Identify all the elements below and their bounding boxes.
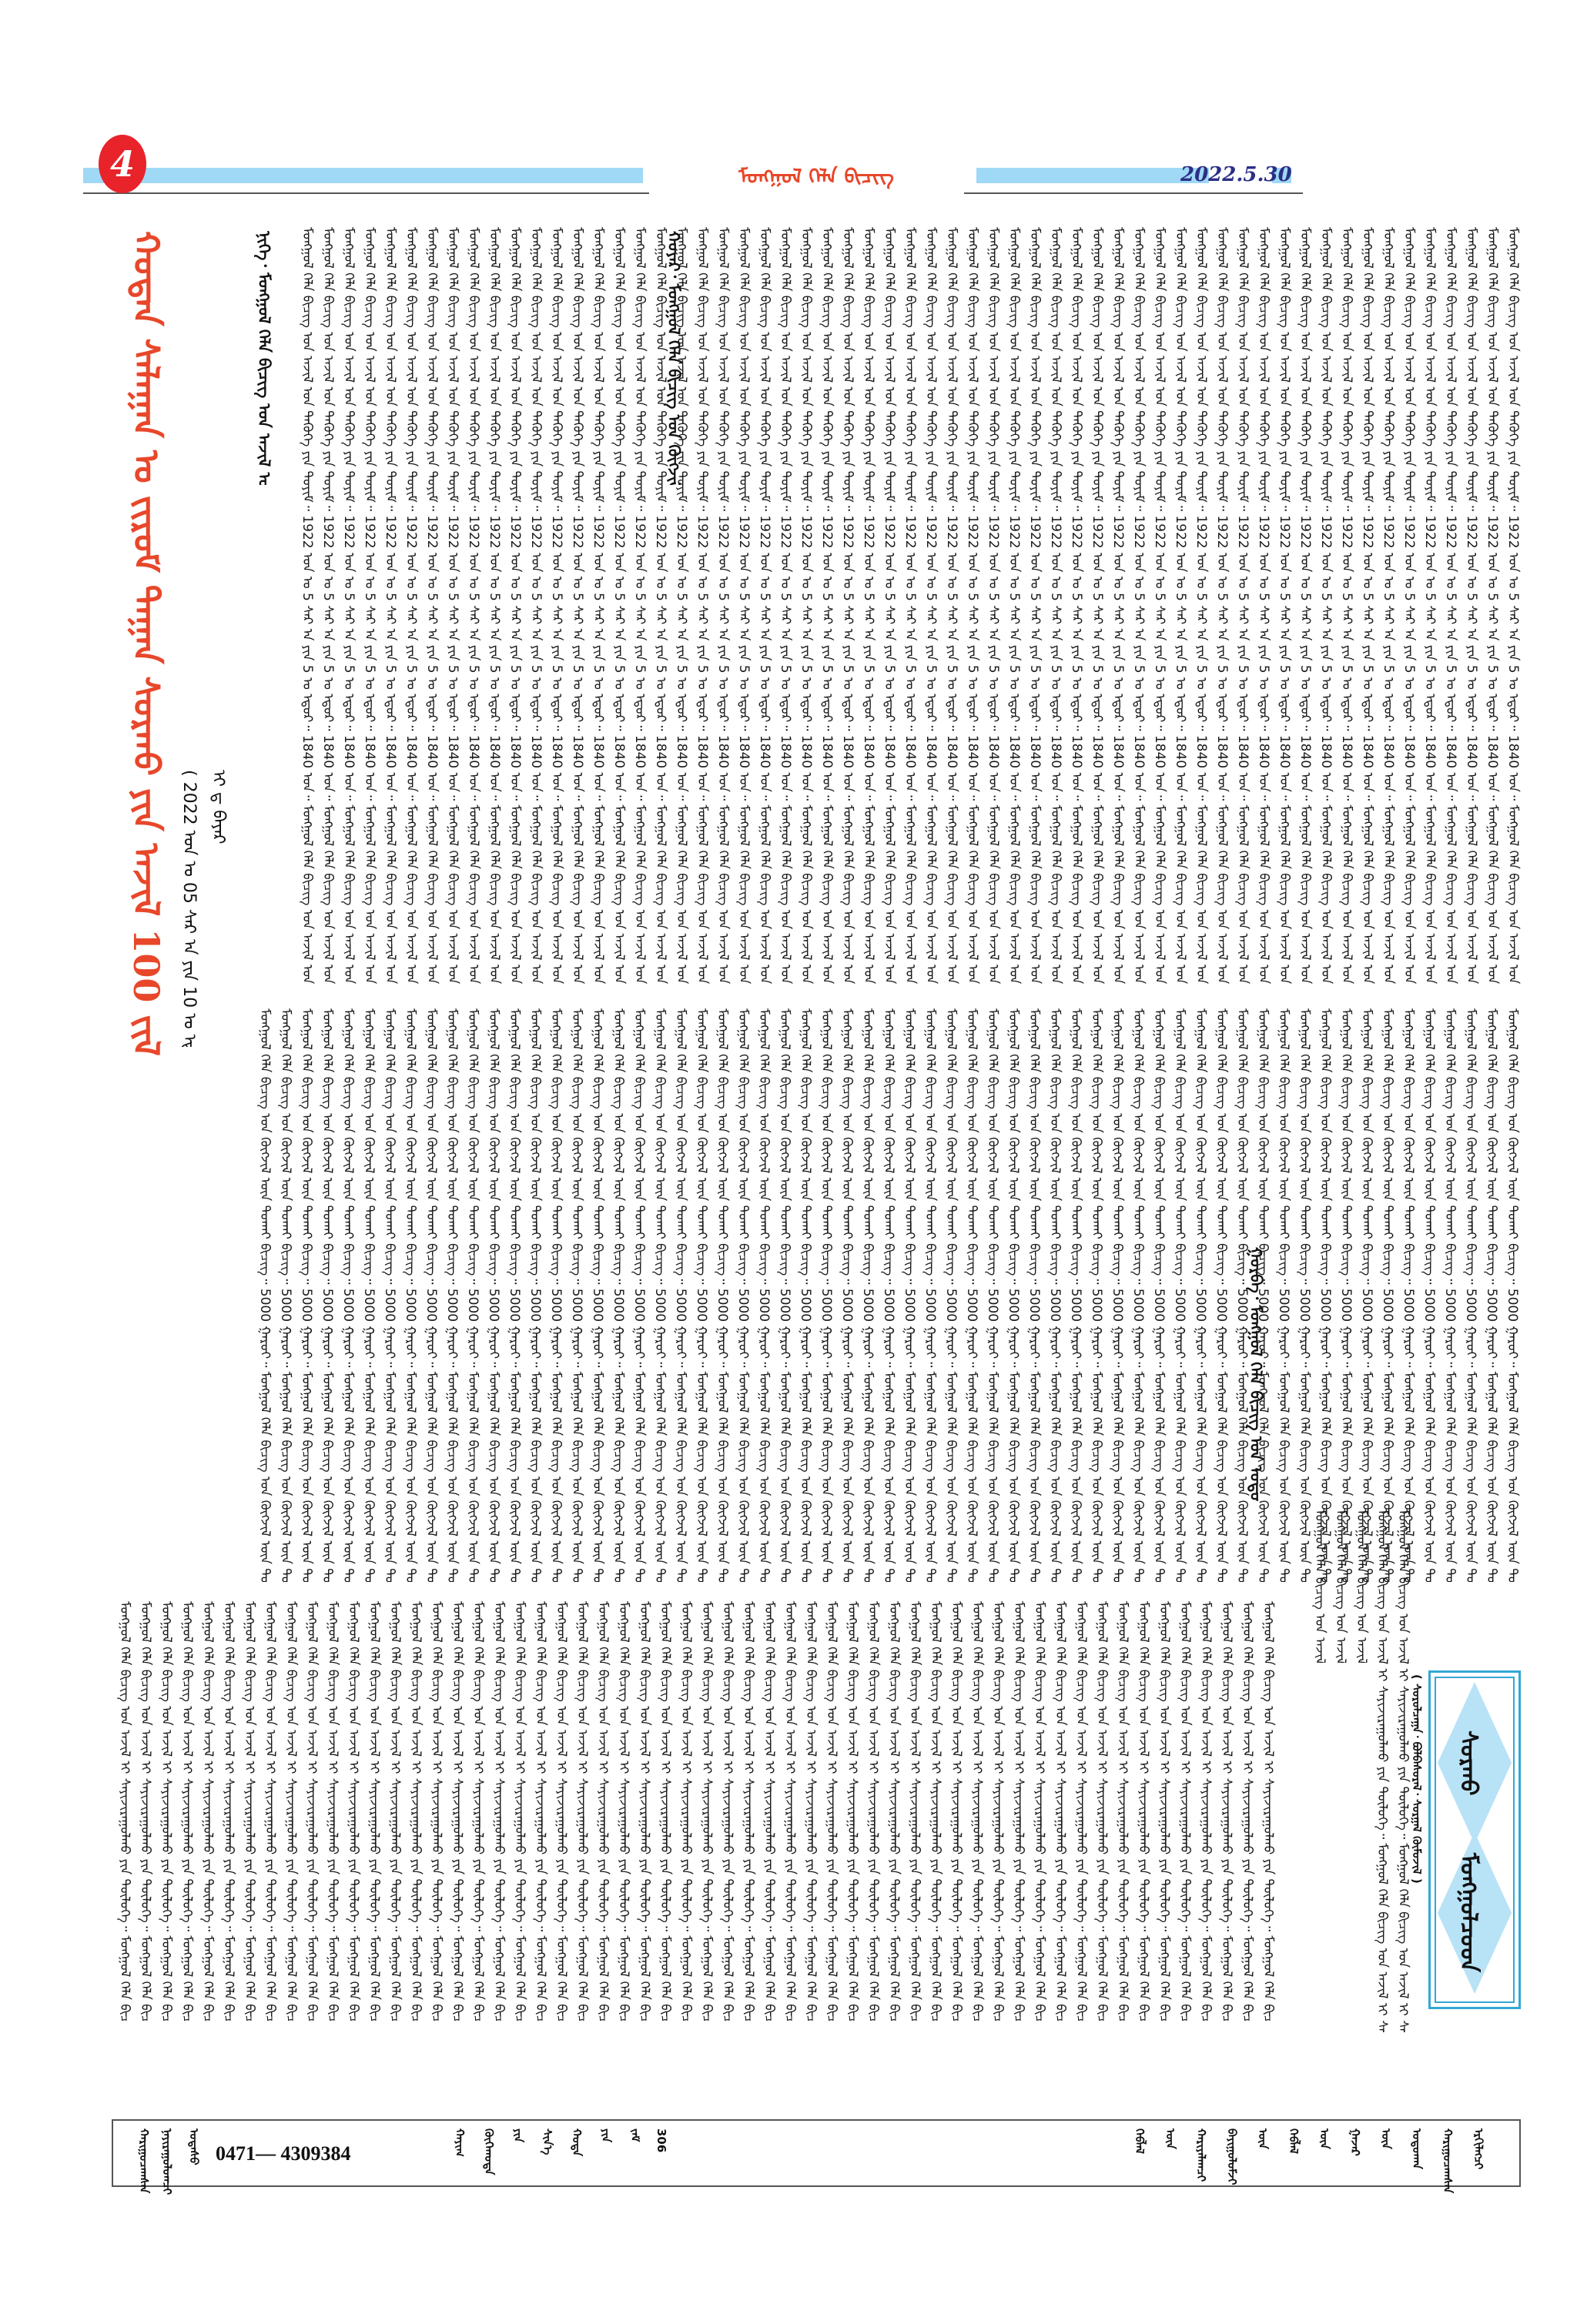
text-line: ᠮᠣᠩᠭᠣᠯ ᠬᠡᠯᠡ ᠪᠢᠴᠢᠭ ᠤᠨ ᠬᠥᠭᠵᠢᠯ ᠦᠨ ᠲᠤᠬᠠᠢ ᠪᠢᠴ… [961,1008,982,1582]
text-line: ᠮᠣᠩᠭᠣᠯ ᠬᠡᠯᠡ ᠪᠢᠴᠢᠭ ᠤᠨ ᠠᠵᠢᠯ ᠤᠨ ᠲᠡᠭᠦᠬᠡ ᠶᠢᠨ … [546,227,567,985]
text-line: ᠮᠣᠩᠭᠣᠯ ᠬᠡᠯᠡ ᠪᠢᠴᠢᠭ ᠤᠨ ᠠᠵᠢᠯ ᠤᠨ ᠲᠡᠭᠦᠬᠡ ᠶᠢᠨ … [1170,227,1190,985]
text-line: ᠮᠣᠩᠭᠣᠯ ᠬᠡᠯᠡ ᠪᠢᠴᠢᠭ ᠤᠨ ᠠᠵᠢᠯ ᠤᠨ ᠲᠡᠭᠦᠬᠡ ᠶᠢᠨ … [1482,227,1502,985]
footer-publisher-word: ᠣᠳᠣᠬᠠᠨ [1407,2128,1427,2182]
text-line: ᠮᠣᠩᠭᠣᠯ ᠬᠡᠯᠡ ᠪᠢᠴᠢᠭ ᠤᠨ ᠠᠵᠢᠯ ᠢ ᠰᠠᠶᠢᠵᠢᠷᠠᠭᠤᠯᠬ… [176,1601,197,2021]
text-line: ᠮᠣᠩᠭᠣᠯ ᠬᠡᠯᠡ ᠪᠢᠴᠢᠭ ᠤᠨ ᠬᠥᠭᠵᠢᠯ ᠦᠨ ᠲᠤᠬᠠᠢ ᠪᠢᠴ… [1356,1008,1377,1582]
header-bar-left [83,168,643,183]
text-line: ᠮᠣᠩᠭᠣᠯ ᠬᠡᠯᠡ ᠪᠢᠴᠢᠭ ᠤᠨ ᠠᠵᠢᠯ ᠢ ᠰᠠᠶᠢᠵᠢᠷᠠᠭᠤᠯᠬ… [1112,1601,1133,2021]
diamond-bottom-icon: ᠮᠣᠩᠭᠣᠯᠴᠤᠳ [1438,1832,1512,1994]
text-line: ᠮᠣᠩᠭᠣᠯ ᠬᠡᠯᠡ ᠪᠢᠴᠢᠭ ᠤᠨ ᠬᠥᠭᠵᠢᠯ ᠦᠨ ᠲᠤᠬᠠᠢ ᠪᠢᠴ… [628,1008,649,1582]
text-line: ᠮᠣᠩᠭᠣᠯ ᠬᠡᠯᠡ ᠪᠢᠴᠢᠭ ᠤᠨ ᠬᠥᠭᠵᠢᠯ ᠦᠨ ᠲᠤᠬᠠᠢ ᠪᠢᠴ… [504,1008,524,1582]
footer-publisher-word: ᠦᠨ [1314,2128,1334,2182]
text-line: ᠮᠣᠩᠭᠣᠯ ᠬᠡᠯᠡ ᠪᠢᠴᠢᠭ ᠤᠨ ᠠᠵᠢᠯ ᠤᠨ ᠲᠡᠭᠦᠬᠡ ᠶᠢᠨ … [525,227,546,985]
text-line: ᠮᠣᠩᠭᠣᠯ ᠬᠡᠯᠡ ᠪᠢᠴᠢᠭ ᠤᠨ ᠬᠥᠭᠵᠢᠯ ᠦᠨ ᠲᠤᠬᠠᠢ ᠪᠢᠴ… [1502,1008,1522,1582]
header-rule-right [964,192,1303,194]
footer-imprint-box: ᠬᠠᠷᠢᠭᠤᠴᠠᠭᠰᠠᠨ ᠨᠠᠶᠢᠷᠠᠭᠤᠯᠤᠭᠴᠢ ᠤᠲᠠᠰᠤ 0471— 4… [112,2119,1521,2187]
text-line: ᠮᠣᠩᠭᠣᠯ ᠬᠡᠯᠡ ᠪᠢᠴᠢᠭ ᠤᠨ ᠠᠵᠢᠯ ᠤᠨ ᠲᠡᠭᠦᠬᠡ ᠶᠢᠨ … [317,227,338,985]
text-line: ᠮᠣᠩᠭᠣᠯ ᠬᠡᠯᠡ ᠪᠢᠴᠢᠭ ᠤᠨ ᠠᠵᠢᠯ ᠤᠨ ᠲᠡᠭᠦᠬᠡ ᠶᠢᠨ … [1274,227,1294,985]
text-line: ᠮᠣᠩᠭᠣᠯ ᠬᠡᠯᠡ ᠪᠢᠴᠢᠭ ᠤᠨ ᠬᠥᠭᠵᠢᠯ ᠦᠨ ᠲᠤᠬᠠᠢ ᠪᠢᠴ… [1335,1008,1356,1582]
text-line: ᠮᠣᠩᠭᠣᠯ ᠬᠡᠯᠡ ᠪᠢᠴᠢᠭ ᠤᠨ ᠠᠵᠢᠯ ᠢ ᠰᠠᠶᠢᠵᠢᠷᠠᠭᠤᠯᠬ… [1133,1601,1153,2021]
footer-address-word: ᠰᠢᠨ᠎ᠡ [537,2128,557,2182]
text-line: ᠮᠣᠩᠭᠣᠯ ᠬᠡᠯᠡ ᠪᠢᠴᠢᠭ ᠤᠨ ᠠᠵᠢᠯ ᠤᠨ ᠲᠡᠭᠦᠬᠡ ᠶᠢᠨ … [588,227,608,985]
text-line: ᠮᠣᠩᠭᠣᠯ ᠬᠡᠯᠡ ᠪᠢᠴᠢᠭ ᠤᠨ ᠬᠥᠭᠵᠢᠯ ᠦᠨ ᠲᠤᠬᠠᠢ ᠪᠢᠴ… [899,1008,919,1582]
text-line: ᠮᠣᠩᠭᠣᠯ ᠬᠡᠯᠡ ᠪᠢᠴᠢᠭ ᠤᠨ ᠬᠥᠭᠵᠢᠯ ᠦᠨ ᠲᠤᠬᠠᠢ ᠪᠢᠴ… [774,1008,795,1582]
text-line: ᠮᠣᠩᠭᠣᠯ ᠬᠡᠯᠡ ᠪᠢᠴᠢᠭ ᠤᠨ ᠬᠥᠭᠵᠢᠯ ᠦᠨ ᠲᠤᠬᠠᠢ ᠪᠢᠴ… [337,1008,358,1582]
article-body-top: ᠮᠣᠩᠭᠣᠯ ᠬᠡᠯᠡ ᠪᠢᠴᠢᠭ ᠤᠨ ᠠᠵᠢᠯ ᠤᠨ ᠲᠡᠭᠦᠬᠡ ᠶᠢᠨ … [296,227,1532,985]
newspaper-masthead: ᠮᠣᠩᠭᠣᠯ ᠬᠡᠯᠡ ᠪᠢᠴᠢᠭ [678,154,955,200]
footer-address: ᠬᠥᠬᠡᠬᠣᠲᠠᠶᠢᠨᠰᠢᠨ᠎ᠡᠬᠣᠲᠠᠶᠢᠨᠵᠠᠮ306 [479,2128,668,2182]
text-line: ᠮᠣᠩᠭᠣᠯ ᠬᠡᠯᠡ ᠪᠢᠴᠢᠭ ᠤᠨ ᠠᠵᠢᠯ ᠢ ᠰᠠᠶᠢᠵᠢᠷᠠᠭᠤᠯᠬ… [1216,1601,1237,2021]
header-rule-left [83,192,649,194]
footer-publisher-word: ᠪᠠᠶᠢᠭᠤᠯᠤᠮᠵᠢ [1222,2128,1242,2182]
text-line: ᠮᠣᠩᠭᠣᠯ ᠬᠡᠯᠡ ᠪᠢᠴᠢᠭ ᠤᠨ ᠠᠵᠢᠯ ᠤᠨ ᠲᠡᠭᠦᠬᠡ ᠶᠢᠨ … [754,227,775,985]
text-line: ᠮᠣᠩᠭᠣᠯ ᠬᠡᠯᠡ ᠪᠢᠴᠢᠭ ᠤᠨ ᠠᠵᠢᠯ ᠤᠨ ᠲᠡᠭᠦᠬᠡ ᠶᠢᠨ … [442,227,463,985]
text-line: ᠮᠣᠩᠭᠣᠯ ᠬᠡᠯᠡ ᠪᠢᠴᠢᠭ ᠤᠨ ᠬᠥᠭᠵᠢᠯ ᠦᠨ ᠲᠤᠬᠠᠢ ᠪᠢᠴ… [1044,1008,1065,1582]
sidebar-body-text: ᠮᠣᠩᠭᠣᠯ ᠬᠡᠯᠡ ᠪᠢᠴᠢᠭ ᠤᠨ ᠠᠵᠢᠯ ᠢ ᠰᠠᠶᠢᠵᠢᠷᠠᠭᠤᠯᠬ… [1309,1509,1417,2032]
footer-phone-number: 0471— 4309384 [216,2142,351,2165]
text-line: ᠮᠣᠩᠭᠣᠯ ᠬᠡᠯᠡ ᠪᠢᠴᠢᠭ ᠤᠨ ᠬᠥᠭᠵᠢᠯ ᠦᠨ ᠲᠤᠬᠠᠢ ᠪᠢᠴ… [379,1008,400,1582]
footer-publisher-word: ᠦᠨ [1376,2128,1396,2182]
text-line: ᠮᠣᠩᠭᠣᠯ ᠬᠡᠯᠡ ᠪᠢᠴᠢᠭ ᠤᠨ ᠠᠵᠢᠯ ᠤᠨ ᠲᠡᠭᠦᠬᠡ ᠶᠢᠨ … [858,227,879,985]
footer-address-word: ᠵᠠᠮ [625,2128,645,2182]
text-line: ᠮᠣᠩᠭᠣᠯ ᠬᠡᠯᠡ ᠪᠢᠴᠢᠭ ᠤᠨ ᠬᠥᠭᠵᠢᠯ ᠦᠨ ᠲᠤᠬᠠᠢ ᠪᠢᠴ… [878,1008,899,1582]
footer-address-word: ᠶᠢᠨ [508,2128,528,2182]
text-line: ᠮᠣᠩᠭᠣᠯ ᠬᠡᠯᠡ ᠪᠢᠴᠢᠭ ᠤᠨ ᠬᠥᠭᠵᠢᠯ ᠦᠨ ᠲᠤᠬᠠᠢ ᠪᠢᠴ… [1314,1008,1335,1582]
text-line: ᠮᠣᠩᠭᠣᠯ ᠬᠡᠯᠡ ᠪᠢᠴᠢᠭ ᠤᠨ ᠬᠥᠭᠵᠢᠯ ᠦᠨ ᠲᠤᠬᠠᠢ ᠪᠢᠴ… [919,1008,940,1582]
text-line: ᠮᠣᠩᠭᠣᠯ ᠬᠡᠯᠡ ᠪᠢᠴᠢᠭ ᠤᠨ ᠠᠵᠢᠯ ᠢ ᠰᠠᠶᠢᠵᠢᠷᠠᠭᠤᠯᠬ… [301,1601,322,2021]
sidebar-text-line: ᠮᠣᠩᠭᠣᠯ ᠬᠡᠯᠡ ᠪᠢᠴᠢᠭ ᠤᠨ ᠠᠵᠢᠯ ᠢ ᠰᠠᠶᠢᠵᠢᠷᠠᠭᠤᠯᠬ… [1371,1509,1392,2032]
text-line: ᠮᠣᠩᠭᠣᠯ ᠬᠡᠯᠡ ᠪᠢᠴᠢᠭ ᠤᠨ ᠠᠵᠢᠯ ᠢ ᠰᠠᠶᠢᠵᠢᠷᠠᠭᠤᠯᠬ… [405,1601,426,2021]
text-line: ᠮᠣᠩᠭᠣᠯ ᠬᠡᠯᠡ ᠪᠢᠴᠢᠭ ᠤᠨ ᠠᠵᠢᠯ ᠤᠨ ᠲᠡᠭᠦᠬᠡ ᠶᠢᠨ … [1211,227,1232,985]
text-line: ᠮᠣᠩᠭᠣᠯ ᠬᠡᠯᠡ ᠪᠢᠴᠢᠭ ᠤᠨ ᠬᠥᠭᠵᠢᠯ ᠦᠨ ᠲᠤᠬᠠᠢ ᠪᠢᠴ… [1127,1008,1148,1582]
text-line: ᠮᠣᠩᠭᠣᠯ ᠬᠡᠯᠡ ᠪᠢᠴᠢᠭ ᠤᠨ ᠠᠵᠢᠯ ᠤᠨ ᠲᠡᠭᠦᠬᠡ ᠶᠢᠨ … [1398,227,1419,985]
text-line: ᠮᠣᠩᠭᠣᠯ ᠬᠡᠯᠡ ᠪᠢᠴᠢᠭ ᠤᠨ ᠠᠵᠢᠯ ᠤᠨ ᠲᠡᠭᠦᠬᠡ ᠶᠢᠨ … [1045,227,1066,985]
text-line: ᠮᠣᠩᠭᠣᠯ ᠬᠡᠯᠡ ᠪᠢᠴᠢᠭ ᠤᠨ ᠬᠥᠭᠵᠢᠯ ᠦᠨ ᠲᠤᠬᠠᠢ ᠪᠢᠴ… [1107,1008,1127,1582]
footer-publisher-word: ᠡᠷᠬᠢᠯᠡᠭᠴᠢ [1468,2128,1488,2182]
article-author: ᠢ ᠳ ᠪᠠᠶᠠᠷ [208,770,236,955]
text-line: ᠮᠣᠩᠭᠣᠯ ᠬᠡᠯᠡ ᠪᠢᠴᠢᠭ ᠤᠨ ᠬᠥᠭᠵᠢᠯ ᠦᠨ ᠲᠤᠬᠠᠢ ᠪᠢᠴ… [275,1008,296,1582]
text-line: ᠮᠣᠩᠭᠣᠯ ᠬᠡᠯᠡ ᠪᠢᠴᠢᠭ ᠤᠨ ᠬᠥᠭᠵᠢᠯ ᠦᠨ ᠲᠤᠬᠠᠢ ᠪᠢᠴ… [670,1008,691,1582]
sidebar-emblem-inner: ᠰᠤᠷᠬᠤ ᠮᠣᠩᠭᠣᠯᠴᠤᠳ [1435,1677,1515,2003]
text-line: ᠮᠣᠩᠭᠣᠯ ᠬᠡᠯᠡ ᠪᠢᠴᠢᠭ ᠤᠨ ᠠᠵᠢᠯ ᠤᠨ ᠲᠡᠭᠦᠬᠡ ᠶᠢᠨ … [463,227,484,985]
text-line: ᠮᠣᠩᠭᠣᠯ ᠬᠡᠯᠡ ᠪᠢᠴᠢᠭ ᠤᠨ ᠬᠥᠭᠵᠢᠯ ᠦᠨ ᠲᠤᠬᠠᠢ ᠪᠢᠴ… [545,1008,566,1582]
text-line: ᠮᠣᠩᠭᠣᠯ ᠬᠡᠯᠡ ᠪᠢᠴᠢᠭ ᠤᠨ ᠠᠵᠢᠯ ᠤᠨ ᠲᠡᠭᠦᠬᠡ ᠶᠢᠨ … [733,227,754,985]
text-line: ᠮᠣᠩᠭᠣᠯ ᠬᠡᠯᠡ ᠪᠢᠴᠢᠭ ᠤᠨ ᠠᠵᠢᠯ ᠤᠨ ᠲᠡᠭᠦᠬᠡ ᠶᠢᠨ … [1502,227,1523,985]
text-line: ᠮᠣᠩᠭᠣᠯ ᠬᠡᠯᠡ ᠪᠢᠴᠢᠭ ᠤᠨ ᠠᠵᠢᠯ ᠢ ᠰᠠᠶᠢᠵᠢᠷᠠᠭᠤᠯᠬ… [488,1601,509,2021]
text-line: ᠮᠣᠩᠭᠣᠯ ᠬᠡᠯᠡ ᠪᠢᠴᠢᠭ ᠤᠨ ᠠᠵᠢᠯ ᠤᠨ ᠲᠡᠭᠦᠬᠡ ᠶᠢᠨ … [671,227,691,985]
text-line: ᠮᠣᠩᠭᠣᠯ ᠬᠡᠯᠡ ᠪᠢᠴᠢᠭ ᠤᠨ ᠠᠵᠢᠯ ᠢ ᠰᠠᠶᠢᠵᠢᠷᠠᠭᠤᠯᠬ… [509,1601,530,2021]
text-line: ᠮᠣᠩᠭᠣᠯ ᠬᠡᠯᠡ ᠪᠢᠴᠢᠭ ᠤᠨ ᠠᠵᠢᠯ ᠢ ᠰᠠᠶᠢᠵᠢᠷᠠᠭᠤᠯᠬ… [322,1601,343,2021]
text-line: ᠮᠣᠩᠭᠣᠯ ᠬᠡᠯᠡ ᠪᠢᠴᠢᠭ ᠤᠨ ᠠᠵᠢᠯ ᠤᠨ ᠲᠡᠭᠦᠬᠡ ᠶᠢᠨ … [338,227,359,985]
text-line: ᠮᠣᠩᠭᠣᠯ ᠬᠡᠯᠡ ᠪᠢᠴᠢᠭ ᠤᠨ ᠠᠵᠢᠯ ᠤᠨ ᠲᠡᠭᠦᠬᠡ ᠶᠢᠨ … [1024,227,1045,985]
text-line: ᠮᠣᠩᠭᠣᠯ ᠬᠡᠯᠡ ᠪᠢᠴᠢᠭ ᠤᠨ ᠠᠵᠢᠯ ᠢ ᠰᠠᠶᠢᠵᠢᠷᠠᠭᠤᠯᠬ… [1091,1601,1112,2021]
text-line: ᠮᠣᠩᠭᠣᠯ ᠬᠡᠯᠡ ᠪᠢᠴᠢᠭ ᠤᠨ ᠠᠵᠢᠯ ᠢ ᠰᠠᠶᠢᠵᠢᠷᠠᠭᠤᠯᠬ… [946,1601,966,2021]
text-line: ᠮᠣᠩᠭᠣᠯ ᠬᠡᠯᠡ ᠪᠢᠴᠢᠭ ᠤᠨ ᠠᠵᠢᠯ ᠤᠨ ᠲᠡᠭᠦᠬᠡ ᠶᠢᠨ … [816,227,837,985]
footer-publisher-word: ᠬᠡᠪᠯᠡᠯ [1284,2128,1304,2182]
text-line: ᠮᠣᠩᠭᠣᠯ ᠬᠡᠯᠡ ᠪᠢᠴᠢᠭ ᠤᠨ ᠬᠥᠭᠵᠢᠯ ᠦᠨ ᠲᠤᠬᠠᠢ ᠪᠢᠴ… [982,1008,1003,1582]
text-line: ᠮᠣᠩᠭᠣᠯ ᠬᠡᠯᠡ ᠪᠢᠴᠢᠭ ᠤᠨ ᠠᠵᠢᠯ ᠤᠨ ᠲᠡᠭᠦᠬᠡ ᠶᠢᠨ … [983,227,1003,985]
text-line: ᠮᠣᠩᠭᠣᠯ ᠬᠡᠯᠡ ᠪᠢᠴᠢᠭ ᠤᠨ ᠠᠵᠢᠯ ᠢ ᠰᠠᠶᠢᠵᠢᠷᠠᠭᠤᠯᠬ… [197,1601,218,2021]
footer-publisher-word: ᠭᠠᠵᠠᠷ [1345,2128,1365,2182]
text-line: ᠮᠣᠩᠭᠣᠯ ᠬᠡᠯᠡ ᠪᠢᠴᠢᠭ ᠤᠨ ᠠᠵᠢᠯ ᠢ ᠰᠠᠶᠢᠵᠢᠷᠠᠭᠤᠯᠬ… [218,1601,239,2021]
text-line: ᠮᠣᠩᠭᠣᠯ ᠬᠡᠯᠡ ᠪᠢᠴᠢᠭ ᠤᠨ ᠠᠵᠢᠯ ᠤᠨ ᠲᠡᠭᠦᠬᠡ ᠶᠢᠨ … [1336,227,1357,985]
text-line: ᠮᠣᠩᠭᠣᠯ ᠬᠡᠯᠡ ᠪᠢᠴᠢᠭ ᠤᠨ ᠠᠵᠢᠯ ᠢ ᠰᠠᠶᠢᠵᠢᠷᠠᠭᠤᠯᠬ… [114,1601,135,2021]
text-line: ᠮᠣᠩᠭᠣᠯ ᠬᠡᠯᠡ ᠪᠢᠴᠢᠭ ᠤᠨ ᠠᠵᠢᠯ ᠤᠨ ᠲᠡᠭᠦᠬᠡ ᠶᠢᠨ … [650,227,671,985]
text-line: ᠮᠣᠩᠭᠣᠯ ᠬᠡᠯᠡ ᠪᠢᠴᠢᠭ ᠤᠨ ᠬᠥᠭᠵᠢᠯ ᠦᠨ ᠲᠤᠬᠠᠢ ᠪᠢᠴ… [1231,1008,1252,1582]
text-line: ᠮᠣᠩᠭᠣᠯ ᠬᠡᠯᠡ ᠪᠢᠴᠢᠭ ᠤᠨ ᠠᠵᠢᠯ ᠢ ᠰᠠᠶᠢᠵᠢᠷᠠᠭᠤᠯᠬ… [1195,1601,1216,2021]
text-line: ᠮᠣᠩᠭᠣᠯ ᠬᠡᠯᠡ ᠪᠢᠴᠢᠭ ᠤᠨ ᠬᠥᠭᠵᠢᠯ ᠦᠨ ᠲᠤᠬᠠᠢ ᠪᠢᠴ… [1273,1008,1294,1582]
text-line: ᠮᠣᠩᠭᠣᠯ ᠬᠡᠯᠡ ᠪᠢᠴᠢᠭ ᠤᠨ ᠠᠵᠢᠯ ᠢ ᠰᠠᠶᠢᠵᠢᠷᠠᠭᠤᠯᠬ… [966,1601,987,2021]
text-line: ᠮᠣᠩᠭᠣᠯ ᠬᠡᠯᠡ ᠪᠢᠴᠢᠭ ᠤᠨ ᠠᠵᠢᠯ ᠢ ᠰᠠᠶᠢᠵᠢᠷᠠᠭᠤᠯᠬ… [280,1601,301,2021]
diamond-top-label: ᠰᠤᠷᠬᠤ [1438,1682,1512,1844]
text-line: ᠮᠣᠩᠭᠣᠯ ᠬᠡᠯᠡ ᠪᠢᠴᠢᠭ ᠤᠨ ᠠᠵᠢᠯ ᠢ ᠰᠠᠶᠢᠵᠢᠷᠠᠭᠤᠯᠬ… [1050,1601,1070,2021]
text-line: ᠮᠣᠩᠭᠣᠯ ᠬᠡᠯᠡ ᠪᠢᠴᠢᠭ ᠤᠨ ᠠᠵᠢᠯ ᠢ ᠰᠠᠶᠢᠵᠢᠷᠠᠭᠤᠯᠬ… [135,1601,156,2021]
text-line: ᠮᠣᠩᠭᠣᠯ ᠬᠡᠯᠡ ᠪᠢᠴᠢᠭ ᠤᠨ ᠠᠵᠢᠯ ᠢ ᠰᠠᠶᠢᠵᠢᠷᠠᠭᠤᠯᠬ… [675,1601,696,2021]
text-line: ᠮᠣᠩᠭᠣᠯ ᠬᠡᠯᠡ ᠪᠢᠴᠢᠭ ᠤᠨ ᠬᠥᠭᠵᠢᠯ ᠦᠨ ᠲᠤᠬᠠᠢ ᠪᠢᠴ… [1169,1008,1190,1582]
text-line: ᠮᠣᠩᠭᠣᠯ ᠬᠡᠯᠡ ᠪᠢᠴᠢᠭ ᠤᠨ ᠠᠵᠢᠯ ᠤᠨ ᠲᠡᠭᠦᠬᠡ ᠶᠢᠨ … [1315,227,1336,985]
text-line: ᠮᠣᠩᠭᠣᠯ ᠬᠡᠯᠡ ᠪᠢᠴᠢᠭ ᠤᠨ ᠠᠵᠢᠯ ᠤᠨ ᠲᠡᠭᠦᠬᠡ ᠶᠢᠨ … [400,227,421,985]
text-line: ᠮᠣᠩᠭᠣᠯ ᠬᠡᠯᠡ ᠪᠢᠴᠢᠭ ᠤᠨ ᠠᠵᠢᠯ ᠢ ᠰᠠᠶᠢᠵᠢᠷᠠᠭᠤᠯᠬ… [613,1601,634,2021]
article-title: ᠬᠣᠲᠠᠨ ᠰᠠᠯᠠᠭᠠᠨ ᠤ ᠵᠢᠷᠤᠮ ᠳᠠᠭᠠᠨ ᠰᠤᠷᠬᠤ ᠶᠢᠨ ᠠᠵ… [123,231,177,1586]
text-line: ᠮᠣᠩᠭᠣᠯ ᠬᠡᠯᠡ ᠪᠢᠴᠢᠭ ᠤᠨ ᠬᠥᠭᠵᠢᠯ ᠦᠨ ᠲᠤᠬᠠᠢ ᠪᠢᠴ… [1418,1008,1439,1582]
diamond-top-icon: ᠰᠤᠷᠬᠤ [1438,1682,1512,1844]
text-line: ᠮᠣᠩᠭᠣᠯ ᠬᠡᠯᠡ ᠪᠢᠴᠢᠭ ᠤᠨ ᠠᠵᠢᠯ ᠢ ᠰᠠᠶᠢᠵᠢᠷᠠᠭᠤᠯᠬ… [239,1601,259,2021]
text-line: ᠮᠣᠩᠭᠣᠯ ᠬᠡᠯᠡ ᠪᠢᠴᠢᠭ ᠤᠨ ᠬᠥᠭᠵᠢᠯ ᠦᠨ ᠲᠤᠬᠠᠢ ᠪᠢᠴ… [316,1008,337,1582]
text-line: ᠮᠣᠩᠭᠣᠯ ᠬᠡᠯᠡ ᠪᠢᠴᠢᠭ ᠤᠨ ᠬᠥᠭᠵᠢᠯ ᠦᠨ ᠲᠤᠬᠠᠢ ᠪᠢᠴ… [358,1008,379,1582]
footer-publisher-info: ᠬᠡᠪᠯᠡᠯᠦᠨᠬᠠᠷᠢᠶᠠᠯᠠᠭᠴᠢᠪᠠᠶᠢᠭᠤᠯᠤᠮᠵᠢᠦᠨᠬᠡᠪᠯᠡᠯᠦᠨ… [1130,2128,1488,2182]
text-line: ᠮᠣᠩᠭᠣᠯ ᠬᠡᠯᠡ ᠪᠢᠴᠢᠭ ᠤᠨ ᠠᠵᠢᠯ ᠤᠨ ᠲᠡᠭᠦᠬᠡ ᠶᠢᠨ … [795,227,816,985]
text-line: ᠮᠣᠩᠭᠣᠯ ᠬᠡᠯᠡ ᠪᠢᠴᠢᠭ ᠤᠨ ᠬᠥᠭᠵᠢᠯ ᠦᠨ ᠲᠤᠬᠠᠢ ᠪᠢᠴ… [1210,1008,1231,1582]
text-line: ᠮᠣᠩᠭᠣᠯ ᠬᠡᠯᠡ ᠪᠢᠴᠢᠭ ᠤᠨ ᠠᠵᠢᠯ ᠤᠨ ᠲᠡᠭᠦᠬᠡ ᠶᠢᠨ … [629,227,650,985]
text-line: ᠮᠣᠩᠭᠣᠯ ᠬᠡᠯᠡ ᠪᠢᠴᠢᠭ ᠤᠨ ᠬᠥᠭᠵᠢᠯ ᠦᠨ ᠲᠤᠬᠠᠢ ᠪᠢᠴ… [795,1008,815,1582]
text-line: ᠮᠣᠩᠭᠣᠯ ᠬᠡᠯᠡ ᠪᠢᠴᠢᠭ ᠤᠨ ᠬᠥᠭᠵᠢᠯ ᠦᠨ ᠲᠤᠬᠠᠢ ᠪᠢᠴ… [691,1008,711,1582]
text-line: ᠮᠣᠩᠭᠣᠯ ᠬᠡᠯᠡ ᠪᠢᠴᠢᠭ ᠤᠨ ᠠᠵᠢᠯ ᠢ ᠰᠠᠶᠢᠵᠢᠷᠠᠭᠤᠯᠬ… [821,1601,842,2021]
subheading-1: ᠨᠢᠭᠡ᠂ ᠮᠣᠩᠭᠣᠯ ᠬᠡᠯᠡ ᠪᠢᠴᠢᠭ ᠤᠨ ᠠᠵᠢᠯ ᠤᠨ ᠡᠬᠢᠯᠡ… [254,231,293,485]
text-line: ᠮᠣᠩᠭᠣᠯ ᠬᠡᠯᠡ ᠪᠢᠴᠢᠭ ᠤᠨ ᠠᠵᠢᠯ ᠤᠨ ᠲᠡᠭᠦᠬᠡ ᠶᠢᠨ … [1294,227,1315,985]
text-line: ᠮᠣᠩᠭᠣᠯ ᠬᠡᠯᠡ ᠪᠢᠴᠢᠭ ᠤᠨ ᠠᠵᠢᠯ ᠤᠨ ᠲᠡᠭᠦᠬᠡ ᠶᠢᠨ … [1128,227,1149,985]
text-line: ᠮᠣᠩᠭᠣᠯ ᠬᠡᠯᠡ ᠪᠢᠴᠢᠭ ᠤᠨ ᠠᠵᠢᠯ ᠢ ᠰᠠᠶᠢᠵᠢᠷᠠᠭᠤᠯᠬ… [717,1601,738,2021]
text-line: ᠮᠣᠩᠭᠣᠯ ᠬᠡᠯᠡ ᠪᠢᠴᠢᠭ ᠤᠨ ᠠᠵᠢᠯ ᠤᠨ ᠲᠡᠭᠦᠬᠡ ᠶᠢᠨ … [1232,227,1253,985]
text-line: ᠮᠣᠩᠭᠣᠯ ᠬᠡᠯᠡ ᠪᠢᠴᠢᠭ ᠤᠨ ᠠᠵᠢᠯ ᠤᠨ ᠲᠡᠭᠦᠬᠡ ᠶᠢᠨ … [1419,227,1440,985]
text-line: ᠮᠣᠩᠭᠣᠯ ᠬᠡᠯᠡ ᠪᠢᠴᠢᠭ ᠤᠨ ᠬᠥᠭᠵᠢᠯ ᠦᠨ ᠲᠤᠬᠠᠢ ᠪᠢᠴ… [711,1008,732,1582]
text-line: ᠮᠣᠩᠭᠣᠯ ᠬᠡᠯᠡ ᠪᠢᠴᠢᠭ ᠤᠨ ᠬᠥᠭᠵᠢᠯ ᠦᠨ ᠲᠤᠬᠠᠢ ᠪᠢᠴ… [1065,1008,1086,1582]
text-line: ᠮᠣᠩᠭᠣᠯ ᠬᠡᠯᠡ ᠪᠢᠴᠢᠭ ᠤᠨ ᠠᠵᠢᠯ ᠤᠨ ᠲᠡᠭᠦᠬᠡ ᠶᠢᠨ … [484,227,504,985]
text-line: ᠮᠣᠩᠭᠣᠯ ᠬᠡᠯᠡ ᠪᠢᠴᠢᠭ ᠤᠨ ᠠᠵᠢᠯ ᠢ ᠰᠠᠶᠢᠵᠢᠷᠠᠭᠤᠯᠬ… [655,1601,675,2021]
text-line: ᠮᠣᠩᠭᠣᠯ ᠬᠡᠯᠡ ᠪᠢᠴᠢᠭ ᠤᠨ ᠬᠥᠭᠵᠢᠯ ᠦᠨ ᠲᠤᠬᠠᠢ ᠪᠢᠴ… [566,1008,587,1582]
text-line: ᠮᠣᠩᠭᠣᠯ ᠬᠡᠯᠡ ᠪᠢᠴᠢᠭ ᠤᠨ ᠠᠵᠢᠯ ᠤᠨ ᠲᠡᠭᠦᠬᠡ ᠶᠢᠨ … [712,227,733,985]
text-line: ᠮᠣᠩᠭᠣᠯ ᠬᠡᠯᠡ ᠪᠢᠴᠢᠭ ᠤᠨ ᠠᠵᠢᠯ ᠤᠨ ᠲᠡᠭᠦᠬᠡ ᠶᠢᠨ … [1190,227,1211,985]
footer-publisher-word: ᠬᠠᠷᠢᠶᠠᠯᠠᠭᠴᠢ [1191,2128,1211,2182]
text-line: ᠮᠣᠩᠭᠣᠯ ᠬᠡᠯᠡ ᠪᠢᠴᠢᠭ ᠤᠨ ᠠᠵᠢᠯ ᠢ ᠰᠠᠶᠢᠵᠢᠷᠠᠭᠤᠯᠬ… [1257,1601,1278,2021]
text-line: ᠮᠣᠩᠭᠣᠯ ᠬᠡᠯᠡ ᠪᠢᠴᠢᠭ ᠤᠨ ᠠᠵᠢᠯ ᠤᠨ ᠲᠡᠭᠦᠬᠡ ᠶᠢᠨ … [380,227,400,985]
text-line: ᠮᠣᠩᠭᠣᠯ ᠬᠡᠯᠡ ᠪᠢᠴᠢᠭ ᠤᠨ ᠬᠥᠭᠵᠢᠯ ᠦᠨ ᠲᠤᠬᠠᠢ ᠪᠢᠴ… [1086,1008,1107,1582]
text-line: ᠮᠣᠩᠭᠣᠯ ᠬᠡᠯᠡ ᠪᠢᠴᠢᠭ ᠤᠨ ᠬᠥᠭᠵᠢᠯ ᠦᠨ ᠲᠤᠬᠠᠢ ᠪᠢᠴ… [1003,1008,1023,1582]
footer-publisher-word: ᠦᠨ [1253,2128,1273,2182]
article-date-note: ( 2022 ᠣᠨ ᠤ 05 ᠰᠠᠷ ᠠ ᠶᠢᠨ 10 ᠤ ᠡᠳᠦᠷ ) [179,770,205,1047]
text-line: ᠮᠣᠩᠭᠣᠯ ᠬᠡᠯᠡ ᠪᠢᠴᠢᠭ ᠤᠨ ᠬᠥᠭᠵᠢᠯ ᠦᠨ ᠲᠤᠬᠠᠢ ᠪᠢᠴ… [1377,1008,1398,1582]
text-line: ᠮᠣᠩᠭᠣᠯ ᠬᠡᠯᠡ ᠪᠢᠴᠢᠭ ᠤᠨ ᠬᠥᠭᠵᠢᠯ ᠦᠨ ᠲᠤᠬᠠᠢ ᠪᠢᠴ… [1294,1008,1314,1582]
text-line: ᠮᠣᠩᠭᠣᠯ ᠬᠡᠯᠡ ᠪᠢᠴᠢᠭ ᠤᠨ ᠬᠥᠭᠵᠢᠯ ᠦᠨ ᠲᠤᠬᠠᠢ ᠪᠢᠴ… [1252,1008,1273,1582]
text-line: ᠮᠣᠩᠭᠣᠯ ᠬᠡᠯᠡ ᠪᠢᠴᠢᠭ ᠤᠨ ᠠᠵᠢᠯ ᠤᠨ ᠲᠡᠭᠦᠬᠡ ᠶᠢᠨ … [608,227,629,985]
footer-publisher-word: ᠬᠠᠷᠢᠭᠤᠴᠠᠭᠰᠠᠨ [1438,2128,1458,2182]
text-line: ᠮᠣᠩᠭᠣᠯ ᠬᠡᠯᠡ ᠪᠢᠴᠢᠭ ᠤᠨ ᠠᠵᠢᠯ ᠤᠨ ᠲᠡᠭᠦᠬᠡ ᠶᠢᠨ … [899,227,920,985]
text-line: ᠮᠣᠩᠭᠣᠯ ᠬᠡᠯᠡ ᠪᠢᠴᠢᠭ ᠤᠨ ᠬᠥᠭᠵᠢᠯ ᠦᠨ ᠲᠤᠬᠠᠢ ᠪᠢᠴ… [815,1008,836,1582]
text-line: ᠮᠣᠩᠭᠣᠯ ᠬᠡᠯᠡ ᠪᠢᠴᠢᠭ ᠤᠨ ᠠᠵᠢᠯ ᠢ ᠰᠠᠶᠢᠵᠢᠷᠠᠭᠤᠯᠬ… [363,1601,384,2021]
text-line: ᠮᠣᠩᠭᠣᠯ ᠬᠡᠯᠡ ᠪᠢᠴᠢᠭ ᠤᠨ ᠠᠵᠢᠯ ᠢ ᠰᠠᠶᠢᠵᠢᠷᠠᠭᠤᠯᠬ… [904,1601,925,2021]
text-line: ᠮᠣᠩᠭᠣᠯ ᠬᠡᠯᠡ ᠪᠢᠴᠢᠭ ᠤᠨ ᠠᠵᠢᠯ ᠢ ᠰᠠᠶᠢᠵᠢᠷᠠᠭᠤᠯᠬ… [259,1601,280,2021]
text-line: ᠮᠣᠩᠭᠣᠯ ᠬᠡᠯᠡ ᠪᠢᠴᠢᠭ ᠤᠨ ᠬᠥᠭᠵᠢᠯ ᠦᠨ ᠲᠤᠬᠠᠢ ᠪᠢᠴ… [587,1008,608,1582]
text-line: ᠮᠣᠩᠭᠣᠯ ᠬᠡᠯᠡ ᠪᠢᠴᠢᠭ ᠤᠨ ᠬᠥᠭᠵᠢᠯ ᠦᠨ ᠲᠤᠬᠠᠢ ᠪᠢᠴ… [1481,1008,1502,1582]
text-line: ᠮᠣᠩᠭᠣᠯ ᠬᠡᠯᠡ ᠪᠢᠴᠢᠭ ᠤᠨ ᠬᠥᠭᠵᠢᠯ ᠦᠨ ᠲᠤᠬᠠᠢ ᠪᠢᠴ… [857,1008,878,1582]
text-line: ᠮᠣᠩᠭᠣᠯ ᠬᠡᠯᠡ ᠪᠢᠴᠢᠭ ᠤᠨ ᠬᠥᠭᠵᠢᠯ ᠦᠨ ᠲᠤᠬᠠᠢ ᠪᠢᠴ… [649,1008,670,1582]
text-line: ᠮᠣᠩᠭᠣᠯ ᠬᠡᠯᠡ ᠪᠢᠴᠢᠭ ᠤᠨ ᠬᠥᠭᠵᠢᠯ ᠦᠨ ᠲᠤᠬᠠᠢ ᠪᠢᠴ… [254,1008,275,1582]
text-line: ᠮᠣᠩᠭᠣᠯ ᠬᠡᠯᠡ ᠪᠢᠴᠢᠭ ᠤᠨ ᠠᠵᠢᠯ ᠤᠨ ᠲᠡᠭᠦᠬᠡ ᠶᠢᠨ … [1461,227,1482,985]
text-line: ᠮᠣᠩᠭᠣᠯ ᠬᠡᠯᠡ ᠪᠢᠴᠢᠭ ᠤᠨ ᠠᠵᠢᠯ ᠢ ᠰᠠᠶᠢᠵᠢᠷᠠᠭᠤᠯᠬ… [447,1601,467,2021]
text-line: ᠮᠣᠩᠭᠣᠯ ᠬᠡᠯᠡ ᠪᠢᠴᠢᠭ ᠤᠨ ᠠᠵᠢᠯ ᠢ ᠰᠠᠶᠢᠵᠢᠷᠠᠭᠤᠯᠬ… [738,1601,758,2021]
text-line: ᠮᠣᠩᠭᠣᠯ ᠬᠡᠯᠡ ᠪᠢᠴᠢᠭ ᠤᠨ ᠠᠵᠢᠯ ᠤᠨ ᠲᠡᠭᠦᠬᠡ ᠶᠢᠨ … [941,227,962,985]
text-line: ᠮᠣᠩᠭᠣᠯ ᠬᠡᠯᠡ ᠪᠢᠴᠢᠭ ᠤᠨ ᠬᠥᠭᠵᠢᠯ ᠦᠨ ᠲᠤᠬᠠᠢ ᠪᠢᠴ… [1148,1008,1169,1582]
text-line: ᠮᠣᠩᠭᠣᠯ ᠬᠡᠯᠡ ᠪᠢᠴᠢᠭ ᠤᠨ ᠠᠵᠢᠯ ᠢ ᠰᠠᠶᠢᠵᠢᠷᠠᠭᠤᠯᠬ… [1153,1601,1174,2021]
text-line: ᠮᠣᠩᠭᠣᠯ ᠬᠡᠯᠡ ᠪᠢᠴᠢᠭ ᠤᠨ ᠠᠵᠢᠯ ᠤᠨ ᠲᠡᠭᠦᠬᠡ ᠶᠢᠨ … [1440,227,1461,985]
text-line: ᠮᠣᠩᠭᠣᠯ ᠬᠡᠯᠡ ᠪᠢᠴᠢᠭ ᠤᠨ ᠬᠥᠭᠵᠢᠯ ᠦᠨ ᠲᠤᠬᠠᠢ ᠪᠢᠴ… [1190,1008,1210,1582]
sidebar-text-line: ᠮᠣᠩᠭᠣᠯ ᠬᠡᠯᠡ ᠪᠢᠴᠢᠭ ᠤᠨ ᠠᠵᠢᠯ ᠢ ᠰᠠᠶᠢᠵᠢᠷᠠᠭᠤᠯᠬ… [1309,1509,1330,1663]
article-body-middle: ᠮᠣᠩᠭᠣᠯ ᠬᠡᠯᠡ ᠪᠢᠴᠢᠭ ᠤᠨ ᠬᠥᠭᠵᠢᠯ ᠦᠨ ᠲᠤᠬᠠᠢ ᠪᠢᠴ… [254,1008,1532,1582]
text-line: ᠮᠣᠩᠭᠣᠯ ᠬᠡᠯᠡ ᠪᠢᠴᠢᠭ ᠤᠨ ᠠᠵᠢᠯ ᠤᠨ ᠲᠡᠭᠦᠬᠡ ᠶᠢᠨ … [1066,227,1086,985]
footer-address-word: ᠬᠣᠲᠠ [567,2128,587,2182]
text-line: ᠮᠣᠩᠭᠣᠯ ᠬᠡᠯᠡ ᠪᠢᠴᠢᠭ ᠤᠨ ᠠᠵᠢᠯ ᠤᠨ ᠲᠡᠭᠦᠬᠡ ᠶᠢᠨ … [296,227,317,985]
text-line: ᠮᠣᠩᠭᠣᠯ ᠬᠡᠯᠡ ᠪᠢᠴᠢᠭ ᠤᠨ ᠠᠵᠢᠯ ᠤᠨ ᠲᠡᠭᠦᠬᠡ ᠶᠢᠨ … [1357,227,1378,985]
text-line: ᠮᠣᠩᠭᠣᠯ ᠬᠡᠯᠡ ᠪᠢᠴᠢᠭ ᠤᠨ ᠬᠥᠭᠵᠢᠯ ᠦᠨ ᠲᠤᠬᠠᠢ ᠪᠢᠴ… [753,1008,774,1582]
text-line: ᠮᠣᠩᠭᠣᠯ ᠬᠡᠯᠡ ᠪᠢᠴᠢᠭ ᠤᠨ ᠠᠵᠢᠯ ᠢ ᠰᠠᠶᠢᠵᠢᠷᠠᠭᠤᠯᠬ… [800,1601,821,2021]
sidebar-caption: ( ᠰᠤᠷᠤᠯᠴᠠᠭᠠ᠂ ᠪᠣᠯᠪᠠᠰᠤᠷᠠᠯ᠂ ᠰᠤᠷᠭᠠᠯ ᠬᠥᠮᠦᠵᠢᠯ … [1409,1674,1426,2013]
text-line: ᠮᠣᠩᠭᠣᠯ ᠬᠡᠯᠡ ᠪᠢᠴᠢᠭ ᠤᠨ ᠠᠵᠢᠯ ᠢ ᠰᠠᠶᠢᠵᠢᠷᠠᠭᠤᠯᠬ… [156,1601,176,2021]
text-line: ᠮᠣᠩᠭᠣᠯ ᠬᠡᠯᠡ ᠪᠢᠴᠢᠭ ᠤᠨ ᠠᠵᠢᠯ ᠤᠨ ᠲᠡᠭᠦᠬᠡ ᠶᠢᠨ … [1378,227,1398,985]
text-line: ᠮᠣᠩᠭᠣᠯ ᠬᠡᠯᠡ ᠪᠢᠴᠢᠭ ᠤᠨ ᠠᠵᠢᠯ ᠢ ᠰᠠᠶᠢᠵᠢᠷᠠᠭᠤᠯᠬ… [592,1601,613,2021]
text-line: ᠮᠣᠩᠭᠣᠯ ᠬᠡᠯᠡ ᠪᠢᠴᠢᠭ ᠤᠨ ᠬᠥᠭᠵᠢᠯ ᠦᠨ ᠲᠤᠬᠠᠢ ᠪᠢᠴ… [524,1008,545,1582]
page-number-badge: 4 [99,135,146,193]
footer-address-label: ᠬᠠᠶᠢᠭ [452,2128,472,2157]
sidebar-emblem-box: ᠰᠤᠷᠬᠤ ᠮᠣᠩᠭᠣᠯᠴᠤᠳ [1428,1670,1521,2009]
text-line: ᠮᠣᠩᠭᠣᠯ ᠬᠡᠯᠡ ᠪᠢᠴᠢᠭ ᠤᠨ ᠠᠵᠢᠯ ᠢ ᠰᠠᠶᠢᠵᠢᠷᠠᠭᠤᠯᠬ… [862,1601,883,2021]
text-line: ᠮᠣᠩᠭᠣᠯ ᠬᠡᠯᠡ ᠪᠢᠴᠢᠭ ᠤᠨ ᠬᠥᠭᠵᠢᠯ ᠦᠨ ᠲᠤᠬᠠᠢ ᠪᠢᠴ… [1023,1008,1044,1582]
text-line: ᠮᠣᠩᠭᠣᠯ ᠬᠡᠯᠡ ᠪᠢᠴᠢᠭ ᠤᠨ ᠠᠵᠢᠯ ᠢ ᠰᠠᠶᠢᠵᠢᠷᠠᠭᠤᠯᠬ… [1174,1601,1195,2021]
text-line: ᠮᠣᠩᠭᠣᠯ ᠬᠡᠯᠡ ᠪᠢᠴᠢᠭ ᠤᠨ ᠬᠥᠭᠵᠢᠯ ᠦᠨ ᠲᠤᠬᠠᠢ ᠪᠢᠴ… [420,1008,441,1582]
text-line: ᠮᠣᠩᠭᠣᠯ ᠬᠡᠯᠡ ᠪᠢᠴᠢᠭ ᠤᠨ ᠠᠵᠢᠯ ᠤᠨ ᠲᠡᠭᠦᠬᠡ ᠶᠢᠨ … [920,227,941,985]
footer-address-word: ᠬᠥᠬᠡᠬᠣᠲᠠ [479,2128,499,2182]
text-line: ᠮᠣᠩᠭᠣᠯ ᠬᠡᠯᠡ ᠪᠢᠴᠢᠭ ᠤᠨ ᠠᠵᠢᠯ ᠢ ᠰᠠᠶᠢᠵᠢᠷᠠᠭᠤᠯᠬ… [467,1601,488,2021]
footer-publisher-word: ᠬᠡᠪᠯᠡᠯ [1130,2128,1150,2182]
text-line: ᠮᠣᠩᠭᠣᠯ ᠬᠡᠯᠡ ᠪᠢᠴᠢᠭ ᠤᠨ ᠠᠵᠢᠯ ᠢ ᠰᠠᠶᠢᠵᠢᠷᠠᠭᠤᠯᠬ… [530,1601,551,2021]
text-line: ᠮᠣᠩᠭᠣᠯ ᠬᠡᠯᠡ ᠪᠢᠴᠢᠭ ᠤᠨ ᠠᠵᠢᠯ ᠢ ᠰᠠᠶᠢᠵᠢᠷᠠᠭᠤᠯᠬ… [779,1601,800,2021]
text-line: ᠮᠣᠩᠭᠣᠯ ᠬᠡᠯᠡ ᠪᠢᠴᠢᠭ ᠤᠨ ᠠᠵᠢᠯ ᠢ ᠰᠠᠶᠢᠵᠢᠷᠠᠭᠤᠯᠬ… [634,1601,655,2021]
text-line: ᠮᠣᠩᠭᠣᠯ ᠬᠡᠯᠡ ᠪᠢᠴᠢᠭ ᠤᠨ ᠠᠵᠢᠯ ᠤᠨ ᠲᠡᠭᠦᠬᠡ ᠶᠢᠨ … [1086,227,1107,985]
footer-label-editor: ᠬᠠᠷᠢᠭᠤᠴᠠᠭᠰᠠᠨ [136,2128,156,2193]
text-line: ᠮᠣᠩᠭᠣᠯ ᠬᠡᠯᠡ ᠪᠢᠴᠢᠭ ᠤᠨ ᠠᠵᠢᠯ ᠢ ᠰᠠᠶᠢᠵᠢᠷᠠᠭᠤᠯᠬ… [696,1601,717,2021]
sidebar-text-line: ᠮᠣᠩᠭᠣᠯ ᠬᠡᠯᠡ ᠪᠢᠴᠢᠭ ᠤᠨ ᠠᠵᠢᠯ ᠢ ᠰᠠᠶᠢᠵᠢᠷᠠᠭᠤᠯᠬ… [1330,1509,1351,1663]
text-line: ᠮᠣᠩᠭᠣᠯ ᠬᠡᠯᠡ ᠪᠢᠴᠢᠭ ᠤᠨ ᠠᠵᠢᠯ ᠤᠨ ᠲᠡᠭᠦᠬᠡ ᠶᠢᠨ … [504,227,525,985]
text-line: ᠮᠣᠩᠭᠣᠯ ᠬᠡᠯᠡ ᠪᠢᠴᠢᠭ ᠤᠨ ᠠᠵᠢᠯ ᠢ ᠰᠠᠶᠢᠵᠢᠷᠠᠭᠤᠯᠬ… [571,1601,592,2021]
issue-date: 2022.5.30 [1180,163,1292,186]
text-line: ᠮᠣᠩᠭᠣᠯ ᠬᠡᠯᠡ ᠪᠢᠴᠢᠭ ᠤᠨ ᠬᠥᠭᠵᠢᠯ ᠦᠨ ᠲᠤᠬᠠᠢ ᠪᠢᠴ… [483,1008,504,1582]
text-line: ᠮᠣᠩᠭᠣᠯ ᠬᠡᠯᠡ ᠪᠢᠴᠢᠭ ᠤᠨ ᠠᠵᠢᠯ ᠤᠨ ᠲᠡᠭᠦᠬᠡ ᠶᠢᠨ … [1003,227,1024,985]
header-bar-mid [988,168,1209,183]
text-line: ᠮᠣᠩᠭᠣᠯ ᠬᠡᠯᠡ ᠪᠢᠴᠢᠭ ᠤᠨ ᠠᠵᠢᠯ ᠢ ᠰᠠᠶᠢᠵᠢᠷᠠᠭᠤᠯᠬ… [384,1601,405,2021]
text-line: ᠮᠣᠩᠭᠣᠯ ᠬᠡᠯᠡ ᠪᠢᠴᠢᠭ ᠤᠨ ᠬᠥᠭᠵᠢᠯ ᠦᠨ ᠲᠤᠬᠠᠢ ᠪᠢᠴ… [296,1008,316,1582]
text-line: ᠮᠣᠩᠭᠣᠯ ᠬᠡᠯᠡ ᠪᠢᠴᠢᠭ ᠤᠨ ᠠᠵᠢᠯ ᠢ ᠰᠠᠶᠢᠵᠢᠷᠠᠭᠤᠯᠬ… [1029,1601,1050,2021]
text-line: ᠮᠣᠩᠭᠣᠯ ᠬᠡᠯᠡ ᠪᠢᠴᠢᠭ ᠤᠨ ᠬᠥᠭᠵᠢᠯ ᠦᠨ ᠲᠤᠬᠠᠢ ᠪᠢᠴ… [608,1008,628,1582]
text-line: ᠮᠣᠩᠭᠣᠯ ᠬᠡᠯᠡ ᠪᠢᠴᠢᠭ ᠤᠨ ᠬᠥᠭᠵᠢᠯ ᠦᠨ ᠲᠤᠬᠠᠢ ᠪᠢᠴ… [940,1008,961,1582]
text-line: ᠮᠣᠩᠭᠣᠯ ᠬᠡᠯᠡ ᠪᠢᠴᠢᠭ ᠤᠨ ᠠᠵᠢᠯ ᠤᠨ ᠲᠡᠭᠦᠬᠡ ᠶᠢᠨ … [1253,227,1274,985]
text-line: ᠮᠣᠩᠭᠣᠯ ᠬᠡᠯᠡ ᠪᠢᠴᠢᠭ ᠤᠨ ᠠᠵᠢᠯ ᠢ ᠰᠠᠶᠢᠵᠢᠷᠠᠭᠤᠯᠬ… [551,1601,571,2021]
text-line: ᠮᠣᠩᠭᠣᠯ ᠬᠡᠯᠡ ᠪᠢᠴᠢᠭ ᠤᠨ ᠬᠥᠭᠵᠢᠯ ᠦᠨ ᠲᠤᠬᠠᠢ ᠪᠢᠴ… [836,1008,857,1582]
text-line: ᠮᠣᠩᠭᠣᠯ ᠬᠡᠯᠡ ᠪᠢᠴᠢᠭ ᠤᠨ ᠬᠥᠭᠵᠢᠯ ᠦᠨ ᠲᠤᠬᠠᠢ ᠪᠢᠴ… [462,1008,483,1582]
footer-address-word: ᠶᠢᠨ [596,2128,616,2182]
text-line: ᠮᠣᠩᠭᠣᠯ ᠬᠡᠯᠡ ᠪᠢᠴᠢᠭ ᠤᠨ ᠬᠥᠭᠵᠢᠯ ᠦᠨ ᠲᠤᠬᠠᠢ ᠪᠢᠴ… [441,1008,462,1582]
text-line: ᠮᠣᠩᠭᠣᠯ ᠬᠡᠯᠡ ᠪᠢᠴᠢᠭ ᠤᠨ ᠬᠥᠭᠵᠢᠯ ᠦᠨ ᠲᠤᠬᠠᠢ ᠪᠢᠴ… [1460,1008,1481,1582]
text-line: ᠮᠣᠩᠭᠣᠯ ᠬᠡᠯᠡ ᠪᠢᠴᠢᠭ ᠤᠨ ᠠᠵᠢᠯ ᠢ ᠰᠠᠶᠢᠵᠢᠷᠠᠭᠤᠯᠬ… [758,1601,779,2021]
footer-address-word: 306 [655,2128,668,2182]
text-line: ᠮᠣᠩᠭᠣᠯ ᠬᠡᠯᠡ ᠪᠢᠴᠢᠭ ᠤᠨ ᠠᠵᠢᠯ ᠢ ᠰᠠᠶᠢᠵᠢᠷᠠᠭᠤᠯᠬ… [842,1601,862,2021]
text-line: ᠮᠣᠩᠭᠣᠯ ᠬᠡᠯᠡ ᠪᠢᠴᠢᠭ ᠤᠨ ᠠᠵᠢᠯ ᠤᠨ ᠲᠡᠭᠦᠬᠡ ᠶᠢᠨ … [1107,227,1128,985]
text-line: ᠮᠣᠩᠭᠣᠯ ᠬᠡᠯᠡ ᠪᠢᠴᠢᠭ ᠤᠨ ᠠᠵᠢᠯ ᠤᠨ ᠲᠡᠭᠦᠬᠡ ᠶᠢᠨ … [1149,227,1170,985]
text-line: ᠮᠣᠩᠭᠣᠯ ᠬᠡᠯᠡ ᠪᠢᠴᠢᠭ ᠤᠨ ᠠᠵᠢᠯ ᠢ ᠰᠠᠶᠢᠵᠢᠷᠠᠭᠤᠯᠬ… [925,1601,946,2021]
sidebar-text-line: ᠮᠣᠩᠭᠣᠯ ᠬᠡᠯᠡ ᠪᠢᠴᠢᠭ ᠤᠨ ᠠᠵᠢᠯ ᠢ ᠰᠠᠶᠢᠵᠢᠷᠠᠭᠤᠯᠬ… [1351,1509,1371,1663]
text-line: ᠮᠣᠩᠭᠣᠯ ᠬᠡᠯᠡ ᠪᠢᠴᠢᠭ ᠤᠨ ᠠᠵᠢᠯ ᠢ ᠰᠠᠶᠢᠵᠢᠷᠠᠭᠤᠯᠬ… [1070,1601,1091,2021]
article-body-bottom: ᠮᠣᠩᠭᠣᠯ ᠬᠡᠯᠡ ᠪᠢᠴᠢᠭ ᠤᠨ ᠠᠵᠢᠯ ᠢ ᠰᠠᠶᠢᠵᠢᠷᠠᠭᠤᠯᠬ… [114,1601,1300,2021]
text-line: ᠮᠣᠩᠭᠣᠯ ᠬᠡᠯᠡ ᠪᠢᠴᠢᠭ ᠤᠨ ᠬᠥᠭᠵᠢᠯ ᠦᠨ ᠲᠤᠬᠠᠢ ᠪᠢᠴ… [400,1008,420,1582]
text-line: ᠮᠣᠩᠭᠣᠯ ᠬᠡᠯᠡ ᠪᠢᠴᠢᠭ ᠤᠨ ᠠᠵᠢᠯ ᠤᠨ ᠲᠡᠭᠦᠬᠡ ᠶᠢᠨ … [359,227,380,985]
footer-label-layout: ᠨᠠᠶᠢᠷᠠᠭᠤᠯᠤᠭᠴᠢ [159,2128,179,2195]
text-line: ᠮᠣᠩᠭᠣᠯ ᠬᠡᠯᠡ ᠪᠢᠴᠢᠭ ᠤᠨ ᠠᠵᠢᠯ ᠤᠨ ᠲᠡᠭᠦᠬᠡ ᠶᠢᠨ … [691,227,712,985]
text-line: ᠮᠣᠩᠭᠣᠯ ᠬᠡᠯᠡ ᠪᠢᠴᠢᠭ ᠤᠨ ᠠᠵᠢᠯ ᠤᠨ ᠲᠡᠭᠦᠬᠡ ᠶᠢᠨ … [775,227,795,985]
text-line: ᠮᠣᠩᠭᠣᠯ ᠬᠡᠯᠡ ᠪᠢᠴᠢᠭ ᠤᠨ ᠠᠵᠢᠯ ᠤᠨ ᠲᠡᠭᠦᠬᠡ ᠶᠢᠨ … [567,227,588,985]
text-line: ᠮᠣᠩᠭᠣᠯ ᠬᠡᠯᠡ ᠪᠢᠴᠢᠭ ᠤᠨ ᠠᠵᠢᠯ ᠤᠨ ᠲᠡᠭᠦᠬᠡ ᠶᠢᠨ … [421,227,442,985]
footer-publisher-word: ᠦᠨ [1160,2128,1180,2182]
text-line: ᠮᠣᠩᠭᠣᠯ ᠬᠡᠯᠡ ᠪᠢᠴᠢᠭ ᠤᠨ ᠠᠵᠢᠯ ᠢ ᠰᠠᠶᠢᠵᠢᠷᠠᠭᠤᠯᠬ… [426,1601,447,2021]
text-line: ᠮᠣᠩᠭᠣᠯ ᠬᠡᠯᠡ ᠪᠢᠴᠢᠭ ᠤᠨ ᠠᠵᠢᠯ ᠢ ᠰᠠᠶᠢᠵᠢᠷᠠᠭᠤᠯᠬ… [883,1601,904,2021]
text-line: ᠮᠣᠩᠭᠣᠯ ᠬᠡᠯᠡ ᠪᠢᠴᠢᠭ ᠤᠨ ᠠᠵᠢᠯ ᠢ ᠰᠠᠶᠢᠵᠢᠷᠠᠭᠤᠯᠬ… [343,1601,363,2021]
text-line: ᠮᠣᠩᠭᠣᠯ ᠬᠡᠯᠡ ᠪᠢᠴᠢᠭ ᠤᠨ ᠠᠵᠢᠯ ᠢ ᠰᠠᠶᠢᠵᠢᠷᠠᠭᠤᠯᠬ… [1008,1601,1029,2021]
footer-label-phone: ᠤᠲᠠᠰᠤ [186,2128,206,2165]
text-line: ᠮᠣᠩᠭᠣᠯ ᠬᠡᠯᠡ ᠪᠢᠴᠢᠭ ᠤᠨ ᠬᠥᠭᠵᠢᠯ ᠦᠨ ᠲᠤᠬᠠᠢ ᠪᠢᠴ… [1439,1008,1460,1582]
text-line: ᠮᠣᠩᠭᠣᠯ ᠬᠡᠯᠡ ᠪᠢᠴᠢᠭ ᠤᠨ ᠠᠵᠢᠯ ᠢ ᠰᠠᠶᠢᠵᠢᠷᠠᠭᠤᠯᠬ… [1237,1601,1257,2021]
text-line: ᠮᠣᠩᠭᠣᠯ ᠬᠡᠯᠡ ᠪᠢᠴᠢᠭ ᠤᠨ ᠠᠵᠢᠯ ᠤᠨ ᠲᠡᠭᠦᠬᠡ ᠶᠢᠨ … [962,227,983,985]
text-line: ᠮᠣᠩᠭᠣᠯ ᠬᠡᠯᠡ ᠪᠢᠴᠢᠭ ᠤᠨ ᠠᠵᠢᠯ ᠢ ᠰᠠᠶᠢᠵᠢᠷᠠᠭᠤᠯᠬ… [987,1601,1008,2021]
diamond-bottom-label: ᠮᠣᠩᠭᠣᠯᠴᠤᠳ [1438,1832,1512,1994]
text-line: ᠮᠣᠩᠭᠣᠯ ᠬᠡᠯᠡ ᠪᠢᠴᠢᠭ ᠤᠨ ᠠᠵᠢᠯ ᠤᠨ ᠲᠡᠭᠦᠬᠡ ᠶᠢᠨ … [837,227,858,985]
text-line: ᠮᠣᠩᠭᠣᠯ ᠬᠡᠯᠡ ᠪᠢᠴᠢᠭ ᠤᠨ ᠬᠥᠭᠵᠢᠯ ᠦᠨ ᠲᠤᠬᠠᠢ ᠪᠢᠴ… [1398,1008,1418,1582]
text-line: ᠮᠣᠩᠭᠣᠯ ᠬᠡᠯᠡ ᠪᠢᠴᠢᠭ ᠤᠨ ᠠᠵᠢᠯ ᠤᠨ ᠲᠡᠭᠦᠬᠡ ᠶᠢᠨ … [879,227,899,985]
text-line: ᠮᠣᠩᠭᠣᠯ ᠬᠡᠯᠡ ᠪᠢᠴᠢᠭ ᠤᠨ ᠬᠥᠭᠵᠢᠯ ᠦᠨ ᠲᠤᠬᠠᠢ ᠪᠢᠴ… [732,1008,753,1582]
